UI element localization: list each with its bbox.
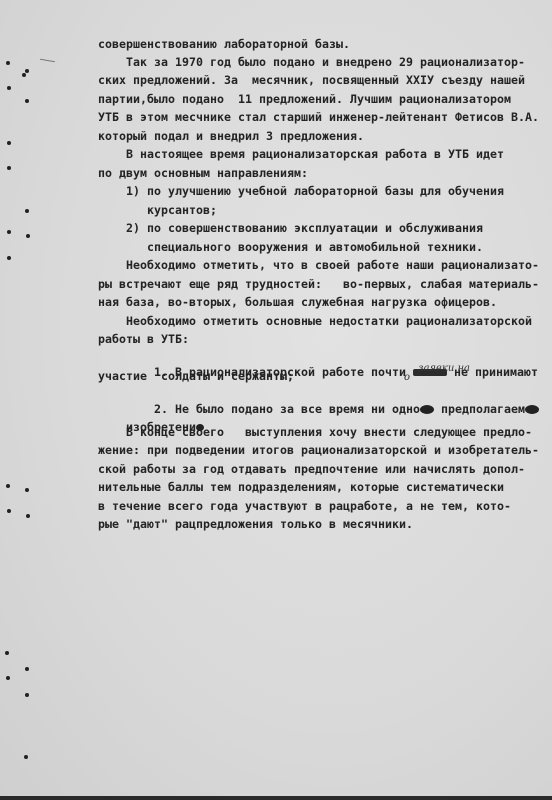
punch-hole <box>7 256 11 260</box>
punch-hole <box>26 234 30 238</box>
punch-hole <box>25 99 29 103</box>
punch-hole <box>7 166 11 170</box>
punch-hole <box>25 667 29 671</box>
item-text: предполагаем <box>434 402 525 416</box>
text-line: в течение всего года участвуют в рацрабо… <box>98 499 511 513</box>
list-item: 2) по совершенствованию эксплуатации и о… <box>98 221 483 235</box>
text-line: Так за 1970 год было подано и внедрено 2… <box>98 55 525 69</box>
text-line: ная база, во-вторых, большая служебная н… <box>98 295 497 309</box>
punch-hole <box>26 514 30 518</box>
punch-hole <box>7 86 11 90</box>
text-line: УТБ в этом месчнике стал старший инженер… <box>98 110 539 124</box>
punch-hole <box>25 488 29 492</box>
text-line: ры встречают еще ряд трудностей: во-перв… <box>98 277 539 291</box>
text-line: рые "дают" рацпредложения только в месяч… <box>98 517 413 531</box>
text-line: ской работы за год отдавать предпочтение… <box>98 462 525 476</box>
text-line: нительные баллы тем подразделениям, кото… <box>98 480 504 494</box>
list-item: участие солдаты и сержанты; <box>98 369 294 383</box>
text-line: В настоящее время рационализаторская раб… <box>98 147 504 161</box>
punch-hole <box>6 484 10 488</box>
ink-correction <box>525 405 539 414</box>
document-page: совершенствованию лабораторной базы. Так… <box>0 0 552 796</box>
text-line: В конце своего выступления хочу внести с… <box>98 425 532 439</box>
punch-hole <box>5 651 9 655</box>
punch-hole <box>25 69 29 73</box>
punch-hole <box>22 73 26 77</box>
text-line: Необходимо отметить, что в своей работе … <box>98 258 539 272</box>
punch-hole <box>25 209 29 213</box>
text-line: ских предложений. За месячник, посвященн… <box>98 73 525 87</box>
punch-hole <box>25 693 29 697</box>
text-line: Необходимо отметить основные недостатки … <box>98 314 532 328</box>
list-item: 1) по улучшению учебной лабораторной баз… <box>98 184 504 198</box>
text-line: жение: при подведении итогов рационализа… <box>98 443 539 457</box>
pencil-mark <box>40 59 55 63</box>
scan-edge <box>0 796 552 800</box>
punch-hole <box>7 230 11 234</box>
punch-hole <box>7 509 11 513</box>
punch-hole <box>6 676 10 680</box>
text-line: партии,было подано 11 предложений. Лучши… <box>98 92 511 106</box>
text-line: работы в УТБ: <box>98 332 189 346</box>
punch-hole <box>24 755 28 759</box>
punch-hole <box>6 61 10 65</box>
list-item: специального вооружения и автомобильной … <box>98 240 483 254</box>
handwritten-insert: заявки на <box>418 363 470 374</box>
text-line: совершенствованию лабораторной базы. <box>98 37 350 51</box>
ink-correction <box>420 405 434 414</box>
punch-hole <box>7 141 11 145</box>
text-line: по двум основным направлениям: <box>98 166 308 180</box>
list-item: курсантов; <box>98 203 217 217</box>
text-line: который подал и внедрил 3 предложения. <box>98 129 364 143</box>
handwritten-letter: о <box>404 372 410 383</box>
